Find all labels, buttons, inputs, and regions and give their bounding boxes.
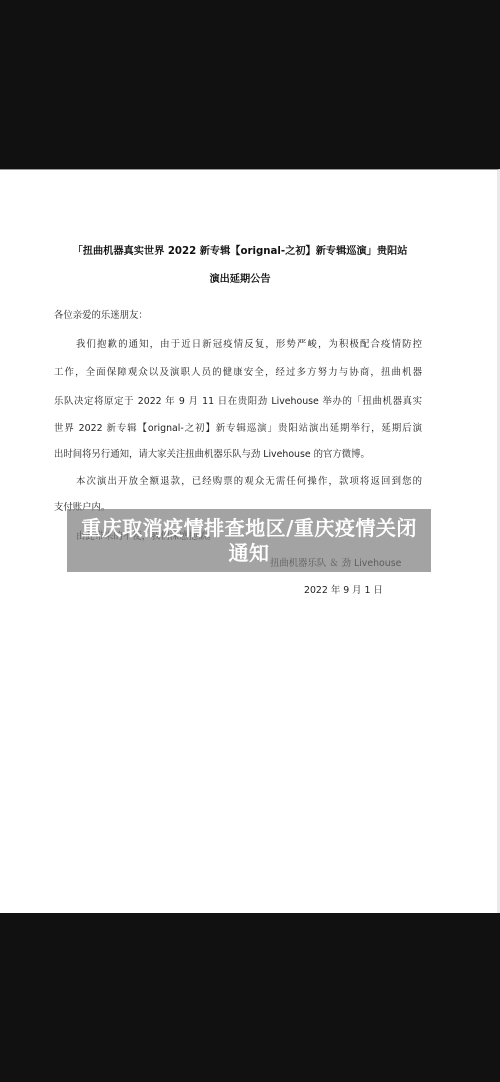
body-line: 乐队决定将原定于 2022 年 9 月 11 日在贵阳劲 Livehouse 举…	[54, 396, 422, 408]
salutation: 各位亲爱的乐迷朋友：	[54, 310, 148, 322]
caption-overlay: 重庆取消疫情排查地区/重庆疫情关闭通知	[67, 509, 431, 572]
notice-title: 「扭曲机器真实世界 2022 新专辑【orignal-之初】新专辑巡演」贵阳站	[0, 242, 480, 257]
body-line: 本次演出开放全额退款，已经购票的观众无需任何操作，款项将返回到您的	[76, 476, 422, 488]
body-line: 世界 2022 新专辑【orignal-之初】新专辑巡演」贵阳站演出延期举行，延…	[54, 423, 422, 435]
caption-text: 重庆取消疫情排查地区/重庆疫情关闭通知	[79, 516, 419, 566]
notice-subtitle: 演出延期公告	[0, 270, 480, 285]
body-line: 出时间将另行通知，请大家关注扭曲机器乐队与劲 Livehouse 的官方微博。	[54, 449, 370, 461]
notice-date: 2022 年 9 月 1 日	[304, 585, 383, 597]
body-line: 我们抱歉的通知，由于近日新冠疫情反复，形势严峻，为积极配合疫情防控	[76, 339, 422, 351]
body-line: 工作，全面保障观众以及演职人员的健康安全，经过多方努力与协商，扭曲机器	[54, 367, 422, 379]
